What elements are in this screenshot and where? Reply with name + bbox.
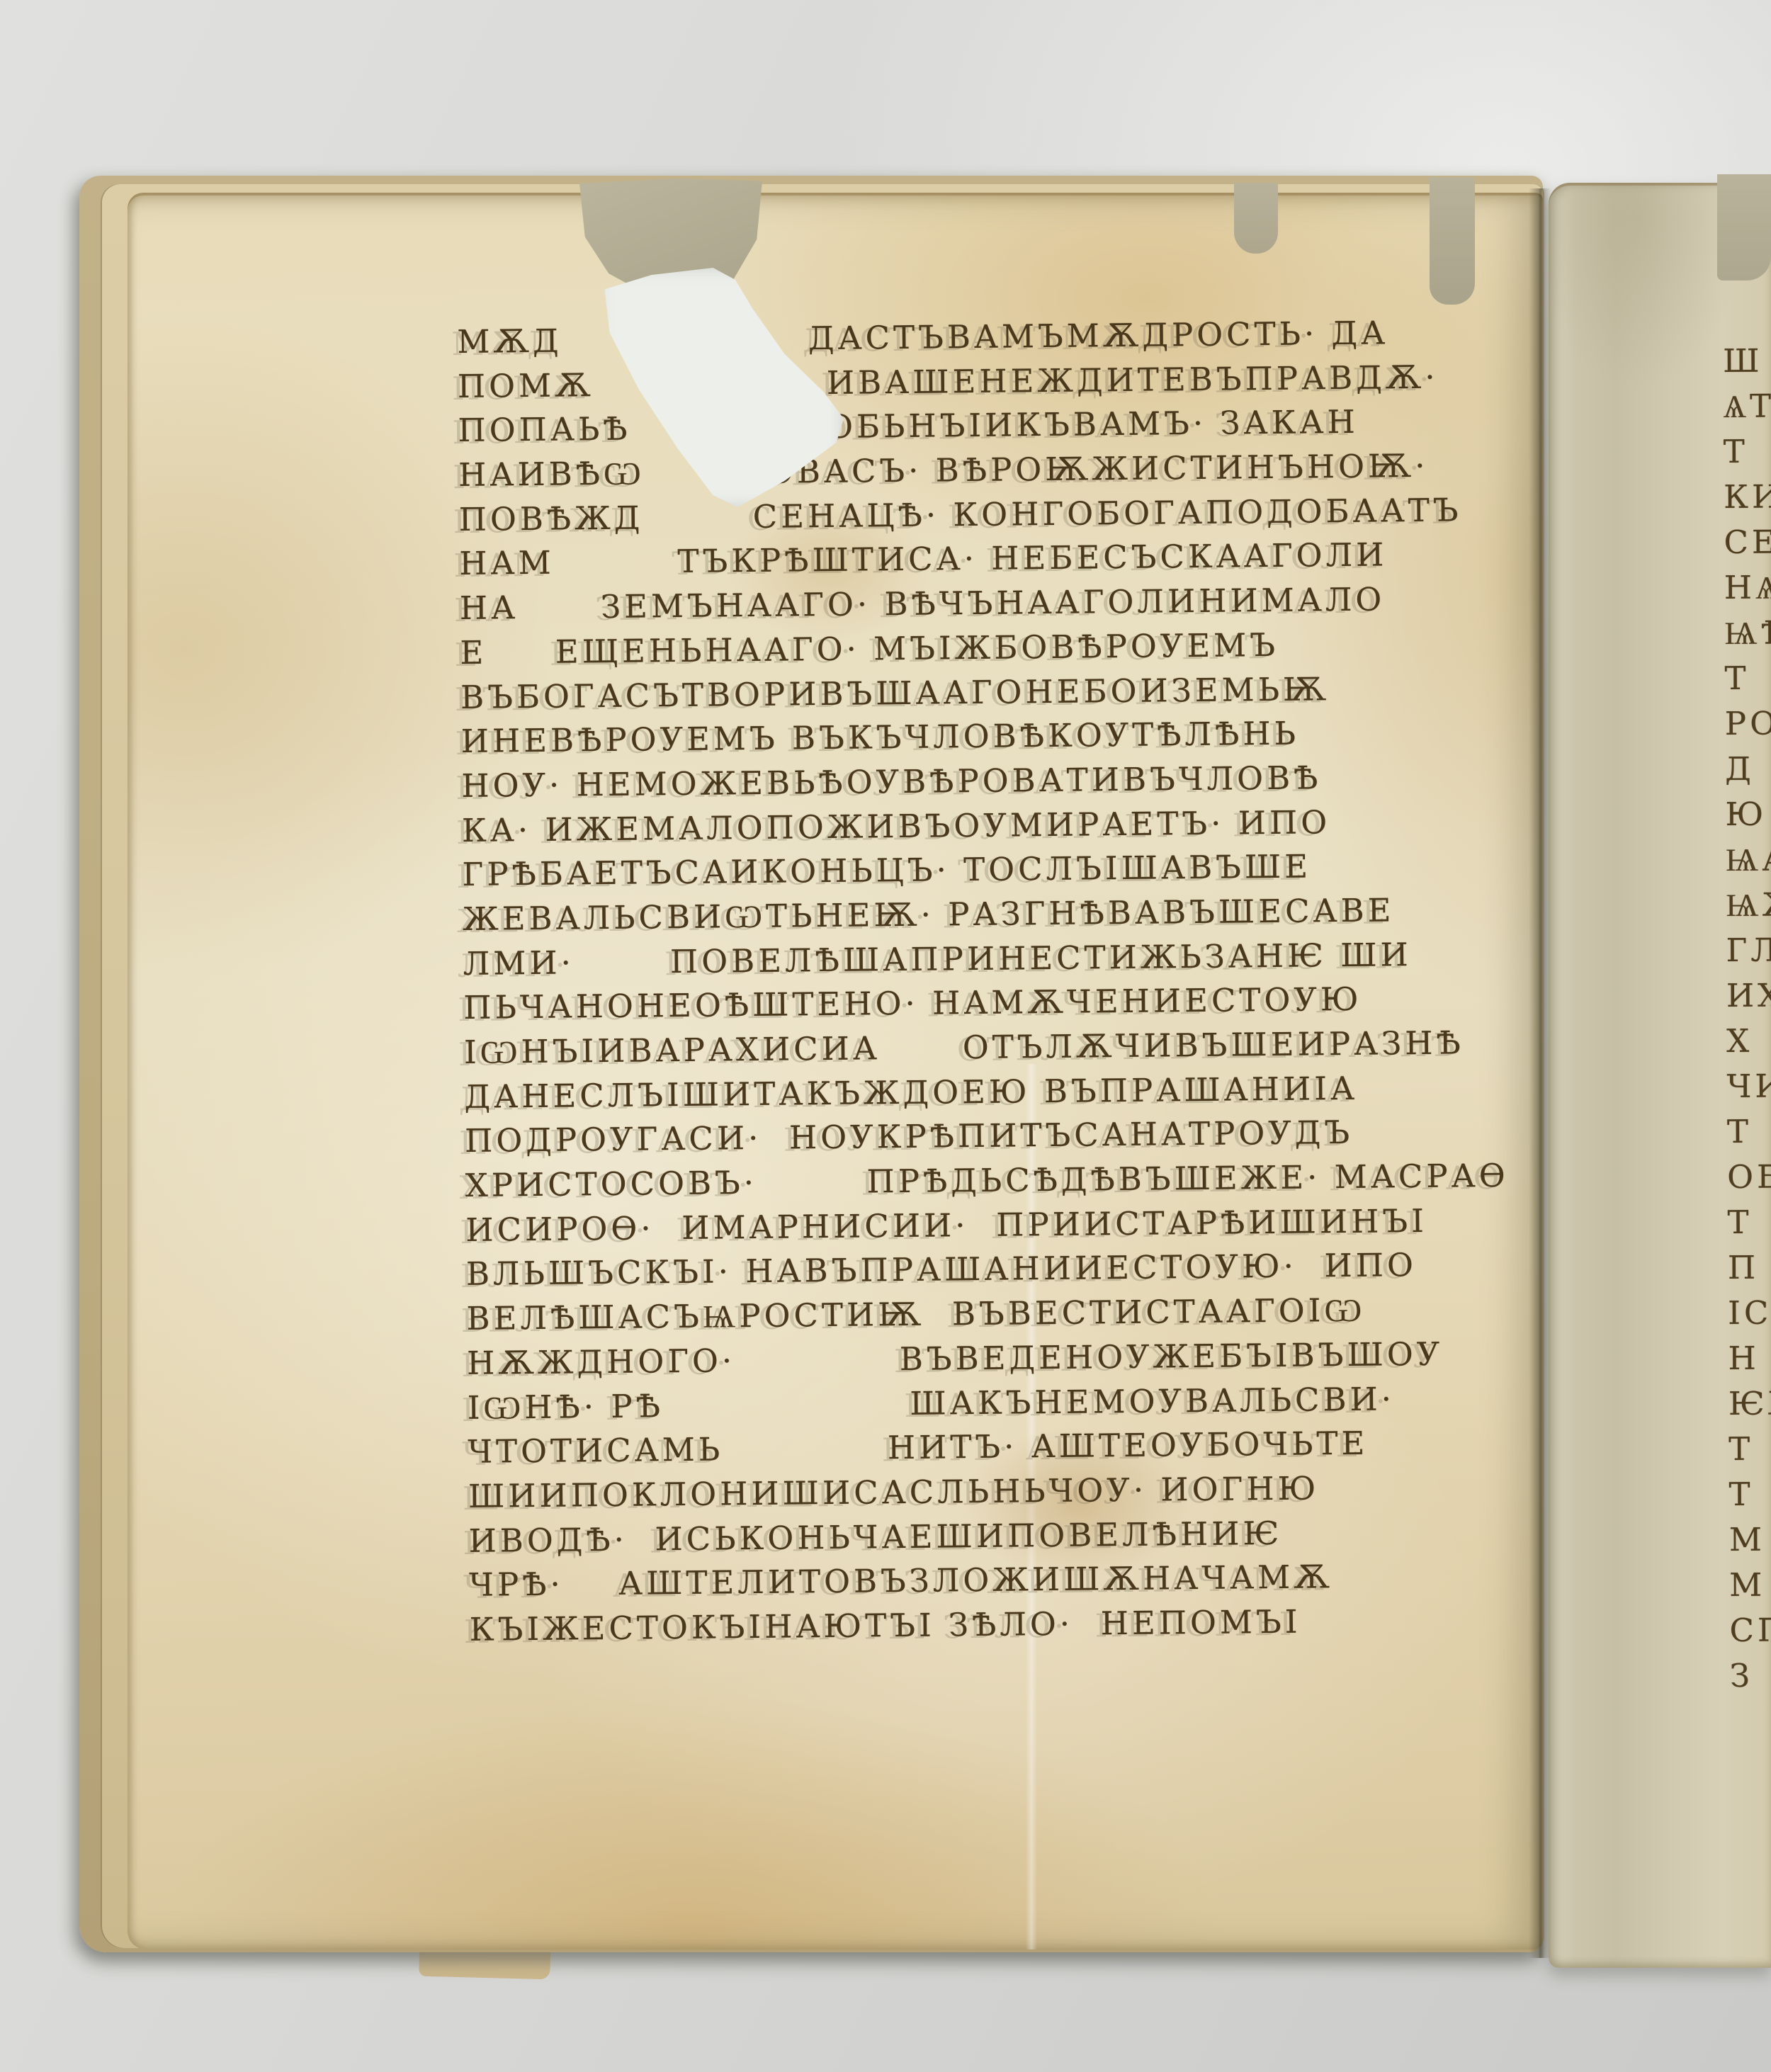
manuscript-text-block: МѪД ДАСТЪВАМЪМѪДРОСТЬ· ДАПОМѪ ИВАШЕНЕЖДИ… [457,310,1532,1653]
manuscript-line-fragment: М [1729,1562,1771,1608]
manuscript-line-fragment: ѤЖ [1728,1381,1771,1427]
manuscript-line-fragment: ѨѢ [1724,610,1771,656]
manuscript-line-fragment: СЕ [1724,519,1771,565]
manuscript-line-fragment: НѦ [1724,565,1771,611]
manuscript-line-fragment: СП [1729,1607,1771,1653]
manuscript-line-fragment: Н [1728,1335,1771,1381]
manuscript-line-fragment: Д [1725,746,1771,792]
manuscript-line-fragment: КИ [1724,474,1771,520]
manuscript-line-fragment: ОБ [1727,1154,1771,1200]
manuscript-line-fragment: РО [1725,701,1771,747]
manuscript-line-fragment: Ю [1725,791,1771,837]
manuscript-line-fragment: Х [1726,1018,1771,1064]
manuscript-line-fragment: ІС [1728,1290,1771,1336]
manuscript-line-fragment: ѨА [1726,837,1771,883]
manuscript-line-fragment: ЧИ [1726,1063,1771,1109]
manuscript-line-fragment: Т [1724,429,1771,475]
repair-patch-small [1234,183,1278,254]
left-folio: МѪД ДАСТЪВАМЪМѪДРОСТЬ· ДАПОМѪ ИВАШЕНЕЖДИ… [128,193,1543,1949]
manuscript-line-fragment: ИХ [1726,973,1771,1019]
manuscript-line-fragment: М [1729,1517,1771,1563]
right-folio-text-block: ШѦТТКИСЕНѦѨѢТРОДЮѨАѨЖГЛИХХЧИТОБТПІСНѤЖТТ… [1723,338,1771,1699]
manuscript-line-fragment: Т [1724,655,1771,701]
manuscript-line-fragment: Т [1728,1471,1771,1517]
manuscript-line-fragment: Т [1727,1199,1771,1245]
manuscript-line-fragment: Т [1728,1426,1771,1472]
manuscript-line: КЪІЖЕСТОКЪІНАЮТЪІ ЗѢЛО· НЕПОМЪІ [469,1597,1532,1652]
manuscript-line-fragment: З [1730,1653,1771,1699]
right-folio: ШѦТТКИСЕНѦѨѢТРОДЮѨАѨЖГЛИХХЧИТОБТПІСНѤЖТТ… [1549,183,1771,1968]
photo-backdrop: МѪД ДАСТЪВАМЪМѪДРОСТЬ· ДАПОМѪ ИВАШЕНЕЖДИ… [0,0,1771,2072]
manuscript-line-fragment: Ш [1723,338,1771,384]
binding-gutter [1529,188,1551,1958]
repair-patch-gutter [1430,177,1475,305]
manuscript-line-fragment: П [1728,1245,1771,1291]
manuscript-line-fragment: Т [1727,1109,1771,1155]
manuscript-line-fragment: ѨЖ [1726,882,1771,928]
manuscript-line-fragment: ѦТ [1723,383,1771,429]
underleaf-edge [1717,174,1771,281]
manuscript-line-fragment: ГЛ [1726,927,1771,973]
